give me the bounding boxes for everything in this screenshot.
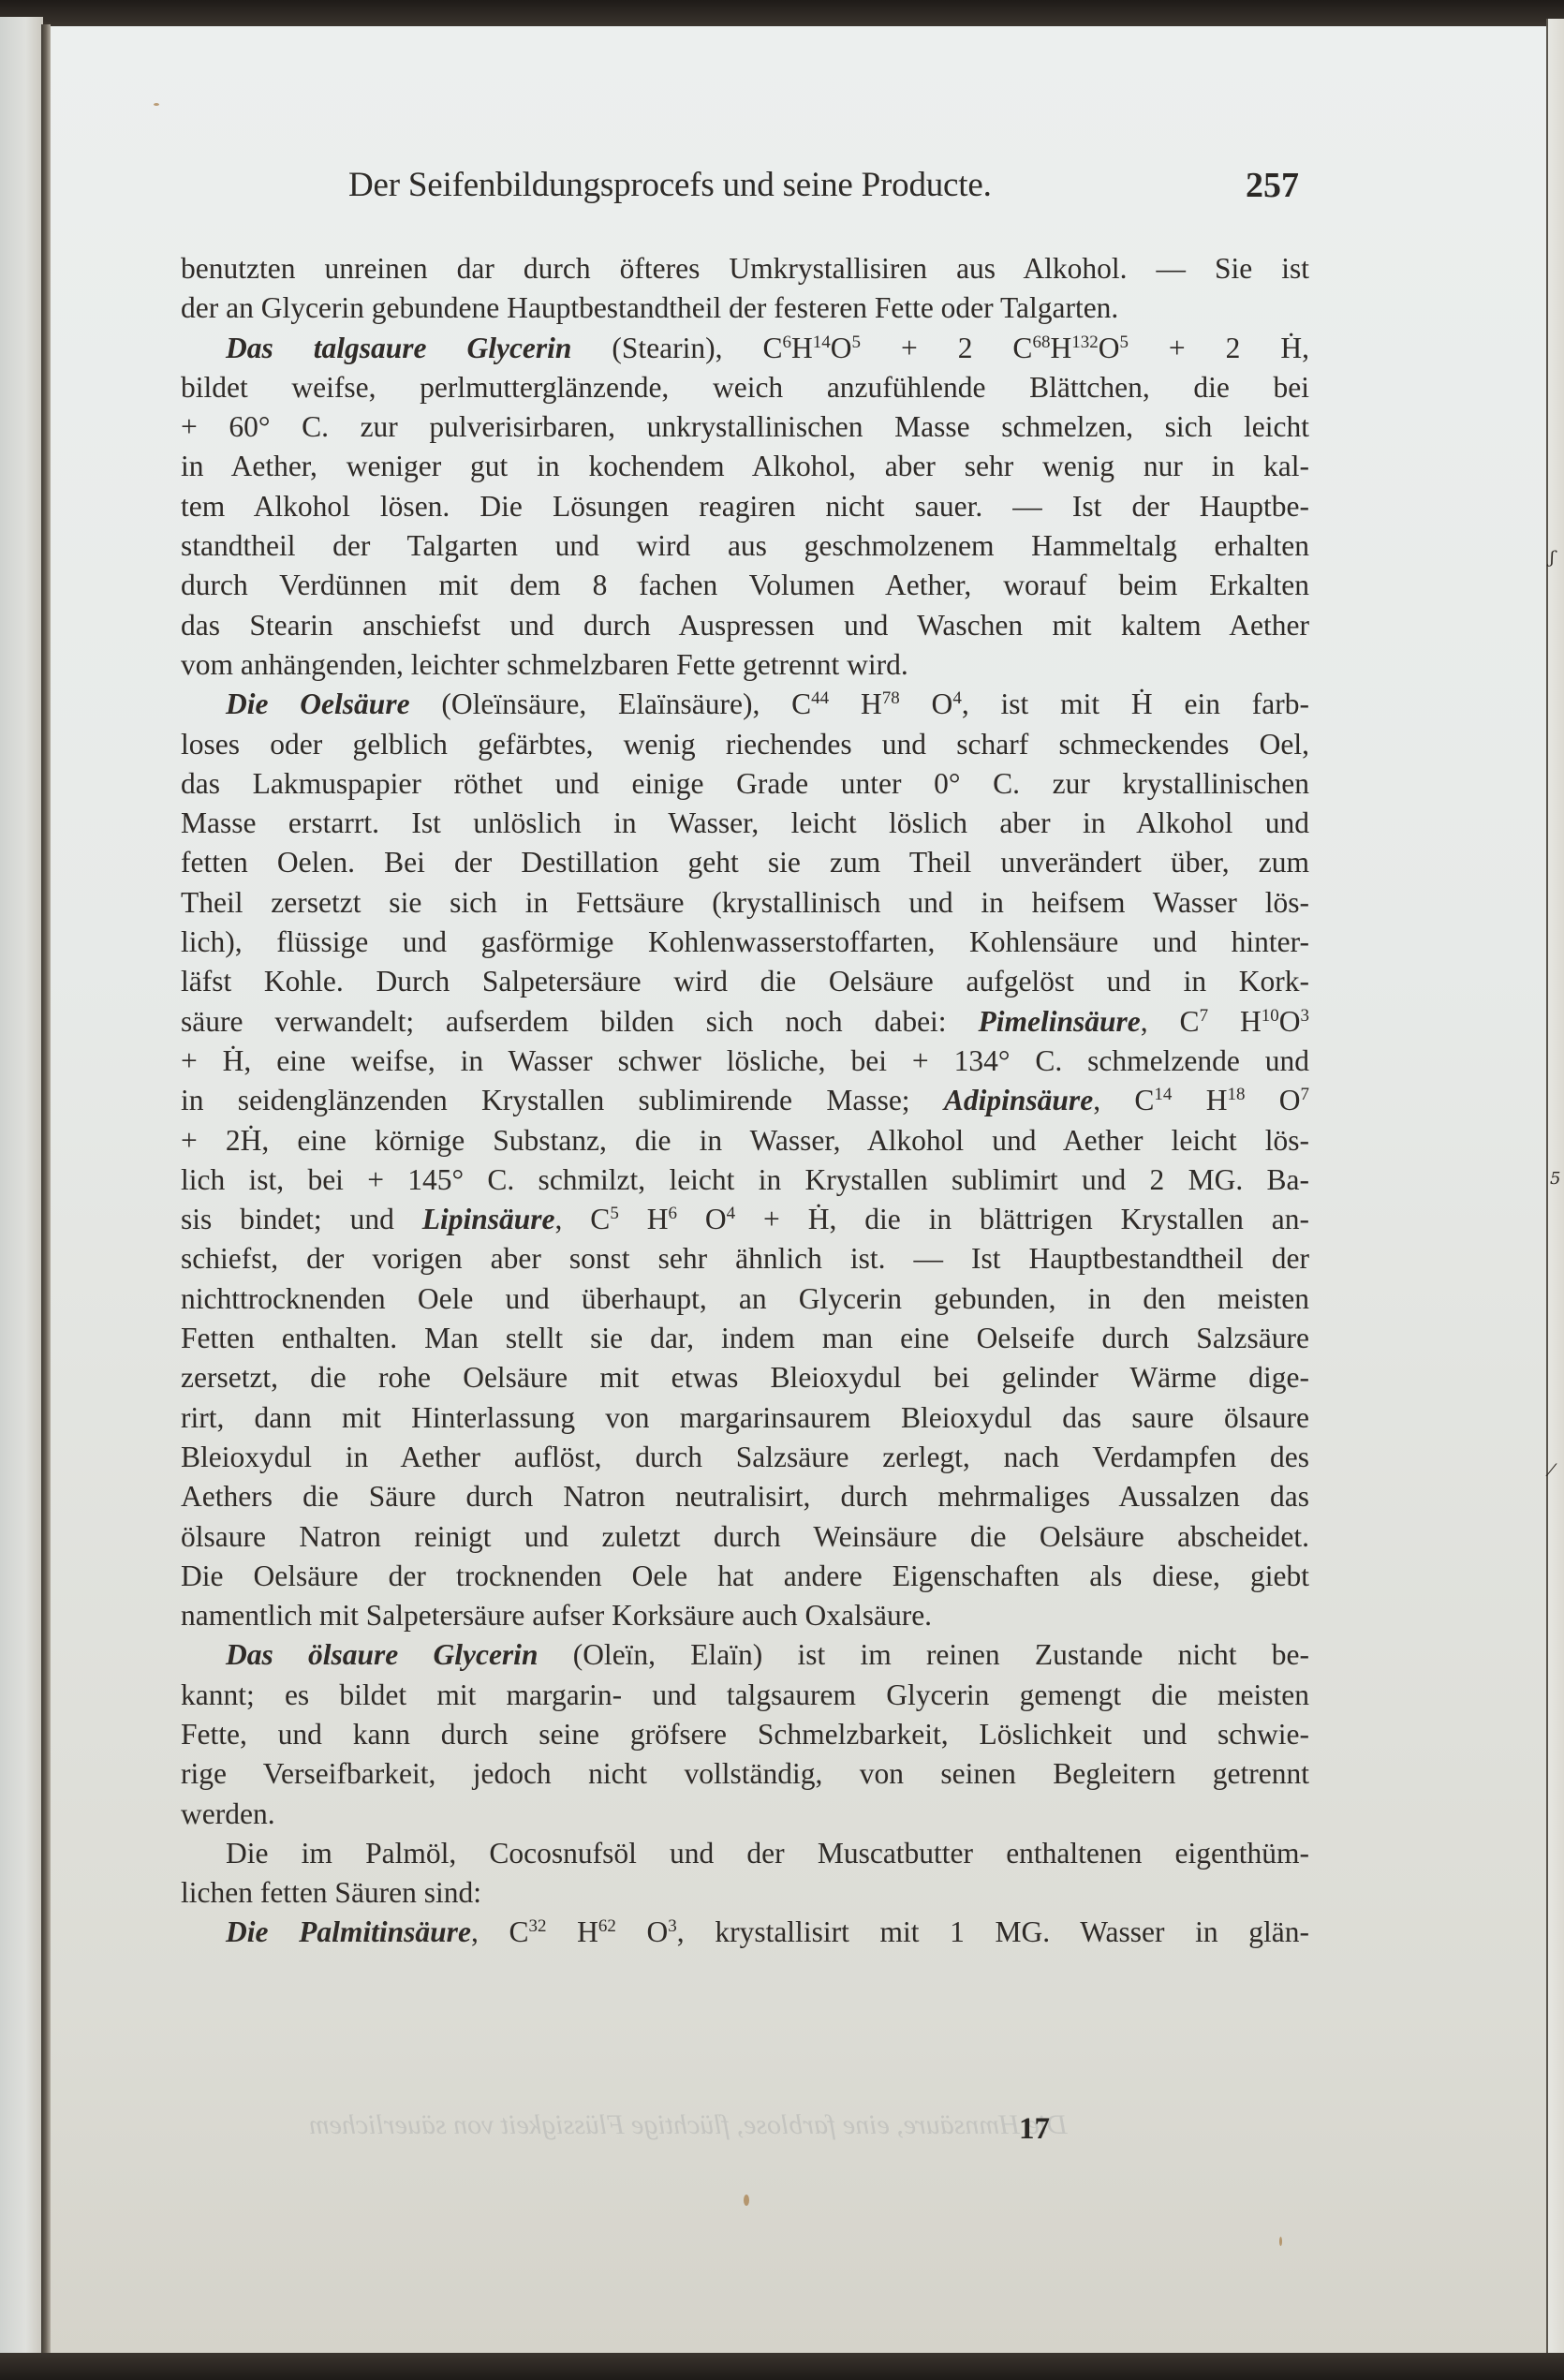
formula-subscript: 7: [1200, 1006, 1209, 1026]
book-gutter: [41, 24, 51, 2357]
text-run: in seidenglänzenden Krystallen sublimire…: [181, 1084, 944, 1116]
text-line: Theil zersetzt sie sich in Fettsäure (kr…: [181, 883, 1309, 923]
text-line: loses oder gelblich gefärbtes, wenig rie…: [181, 725, 1309, 764]
text-line: rige Verseifbarkeit, jedoch nicht vollst…: [181, 1754, 1309, 1794]
formula-subscript: 6: [668, 1204, 677, 1223]
text-run: , C: [471, 1915, 529, 1948]
previous-page-edge: [0, 17, 43, 2358]
formula-subscript: 6: [783, 333, 792, 352]
italic-term: Die Palmitinsäure: [226, 1915, 471, 1948]
text-line: + 60° C. zur pulverisirbaren, unkrystall…: [181, 407, 1309, 447]
text-run: , C: [1141, 1005, 1200, 1038]
margin-mark: 5: [1550, 1169, 1560, 1189]
text-run: O: [1279, 1005, 1301, 1038]
text-run: H: [1050, 332, 1071, 364]
text-line: das Lakmuspapier röthet und einige Grade…: [181, 764, 1309, 804]
text-run: sis bindet; und: [181, 1203, 422, 1235]
formula-subscript: 5: [852, 333, 862, 352]
text-line: Das talgsaure Glycerin (Stearin), C6H14O…: [181, 329, 1309, 368]
text-run: H: [829, 687, 882, 720]
text-run: säure verwandelt; aufserdem bilden sich …: [181, 1005, 978, 1038]
text-line: Bleioxydul in Aether auflöst, durch Salz…: [181, 1438, 1309, 1477]
margin-mark: ⁄: [1550, 1461, 1553, 1481]
formula-subscript: 32: [528, 1916, 546, 1936]
scan-top-border: [0, 0, 1564, 26]
margin-mark: ʃ: [1550, 548, 1555, 568]
text-run: (Oleïn, Elaïn) ist im reinen Zustande ni…: [538, 1638, 1309, 1671]
text-line: Fetten enthalten. Man stellt sie dar, in…: [181, 1319, 1309, 1358]
text-line: lichen fetten Säuren sind:: [181, 1873, 1309, 1913]
text-run: H: [791, 332, 813, 364]
text-line: Die Oelsäure der trocknenden Oele hat an…: [181, 1557, 1309, 1596]
italic-term: Pimelinsäure: [978, 1005, 1140, 1038]
italic-term: Adipinsäure: [944, 1084, 1093, 1116]
text-run: O: [831, 332, 852, 364]
text-line: Masse erstarrt. Ist unlöslich in Wasser,…: [181, 804, 1309, 843]
italic-term: Lipinsäure: [422, 1203, 555, 1235]
signature-mark: 17: [1019, 2112, 1050, 2147]
text-line: in Aether, weniger gut in kochendem Alko…: [181, 447, 1309, 486]
text-line: Fette, und kann durch seine gröfsere Sch…: [181, 1715, 1309, 1754]
text-run: O: [1099, 332, 1120, 364]
text-run: , C: [555, 1203, 611, 1235]
text-line: benutzten unreinen dar durch öfteres Umk…: [181, 249, 1309, 288]
text-line: bildet weifse, perlmutterglänzende, weic…: [181, 368, 1309, 407]
formula-subscript: 132: [1071, 333, 1099, 352]
text-line: durch Verdünnen mit dem 8 fachen Volumen…: [181, 566, 1309, 605]
formula-subscript: 14: [813, 333, 831, 352]
text-run: , krystallisirt mit 1 MG. Wasser in glän…: [677, 1915, 1309, 1948]
text-run: + Ḣ, die in blättrigen Krystallen an-: [735, 1203, 1309, 1235]
text-run: , C: [1093, 1084, 1154, 1116]
text-line: standtheil der Talgarten und wird aus ge…: [181, 526, 1309, 566]
text-run: O: [677, 1203, 727, 1235]
italic-term: Das ölsaure Glycerin: [226, 1638, 538, 1671]
text-line: sis bindet; und Lipinsäure, C5 H6 O4 + Ḣ…: [181, 1200, 1309, 1239]
formula-subscript: 5: [610, 1204, 619, 1223]
foxing-spot: [744, 2195, 749, 2206]
text-run: (Oleïnsäure, Elaïnsäure), C: [410, 687, 812, 720]
text-line: lich), flüssige und gasförmige Kohlenwas…: [181, 923, 1309, 962]
text-run: H: [546, 1915, 598, 1948]
text-line: nichttrocknenden Oele und überhaupt, an …: [181, 1279, 1309, 1319]
scan-bottom-border: [0, 2353, 1564, 2380]
body-text: benutzten unreinen dar durch öfteres Umk…: [181, 249, 1309, 1953]
text-line: Die Palmitinsäure, C32 H62 O3, krystalli…: [181, 1913, 1309, 1952]
text-line: kannt; es bildet mit margarin- und talgs…: [181, 1676, 1309, 1715]
text-line: rirt, dann mit Hinterlassung von margari…: [181, 1398, 1309, 1438]
text-line: lich ist, bei + 145° C. schmilzt, leicht…: [181, 1160, 1309, 1200]
formula-subscript: 68: [1032, 333, 1050, 352]
page-number: 257: [1246, 165, 1299, 206]
text-line: Die im Palmöl, Cocosnufsöl und der Musca…: [181, 1834, 1309, 1873]
formula-subscript: 14: [1154, 1085, 1172, 1104]
text-line: vom anhängenden, leichter schmelzbaren F…: [181, 645, 1309, 685]
text-line: in seidenglänzenden Krystallen sublimire…: [181, 1081, 1309, 1120]
text-line: säure verwandelt; aufserdem bilden sich …: [181, 1002, 1309, 1042]
text-run: H: [1208, 1005, 1262, 1038]
text-line: Das ölsaure Glycerin (Oleïn, Elaïn) ist …: [181, 1635, 1309, 1675]
formula-subscript: 4: [952, 688, 962, 708]
facing-page-strip: [1548, 19, 1564, 2360]
formula-subscript: 44: [811, 688, 829, 708]
text-line: läfst Kohle. Durch Salpetersäure wird di…: [181, 962, 1309, 1001]
foxing-spot: [154, 103, 159, 106]
text-run: + 2 C: [861, 332, 1032, 364]
text-line: namentlich mit Salpetersäure aufser Kork…: [181, 1596, 1309, 1635]
text-line: Die Oelsäure (Oleïnsäure, Elaïnsäure), C…: [181, 685, 1309, 724]
text-line: tem Alkohol lösen. Die Lösungen reagiren…: [181, 487, 1309, 526]
formula-subscript: 18: [1227, 1085, 1245, 1104]
text-line: werden.: [181, 1795, 1309, 1834]
text-run: , ist mit Ḣ ein farb-: [962, 687, 1309, 720]
show-through-text: Die Hmnsäure, eine farblose, flüchtige F…: [309, 2109, 1068, 2141]
text-run: O: [900, 687, 953, 720]
text-run: (Stearin), C: [571, 332, 782, 364]
text-line: + 2Ḣ, eine körnige Substanz, die in Wass…: [181, 1121, 1309, 1160]
formula-subscript: 62: [598, 1916, 616, 1936]
text-run: + 2 Ḣ,: [1129, 332, 1309, 364]
italic-term: Die Oelsäure: [226, 687, 410, 720]
formula-subscript: 5: [1119, 333, 1129, 352]
text-run: H: [1172, 1084, 1227, 1116]
text-line: der an Glycerin gebundene Hauptbestandth…: [181, 288, 1309, 328]
formula-subscript: 3: [668, 1916, 677, 1936]
text-line: schiefst, der vorigen aber sonst sehr äh…: [181, 1239, 1309, 1279]
formula-subscript: 3: [1301, 1006, 1310, 1026]
foxing-spot: [1279, 2237, 1282, 2246]
text-run: O: [616, 1915, 668, 1948]
formula-subscript: 78: [882, 688, 900, 708]
running-head: Der Seifenbildungsprocefs und seine Prod…: [348, 165, 992, 205]
text-line: zersetzt, die rohe Oelsäure mit etwas Bl…: [181, 1358, 1309, 1397]
text-run: O: [1245, 1084, 1300, 1116]
text-line: Aethers die Säure durch Natron neutralis…: [181, 1477, 1309, 1516]
text-run: H: [619, 1203, 669, 1235]
text-line: + Ḣ, eine weifse, in Wasser schwer lösli…: [181, 1042, 1309, 1081]
text-line: ölsaure Natron reinigt und zuletzt durch…: [181, 1517, 1309, 1557]
text-line: das Stearin anschiefst und durch Auspres…: [181, 606, 1309, 645]
italic-term: Das talgsaure Glycerin: [226, 332, 571, 364]
formula-subscript: 7: [1301, 1085, 1310, 1104]
formula-subscript: 4: [727, 1204, 736, 1223]
formula-subscript: 10: [1262, 1006, 1279, 1026]
text-line: fetten Oelen. Bei der Destillation geht …: [181, 843, 1309, 882]
